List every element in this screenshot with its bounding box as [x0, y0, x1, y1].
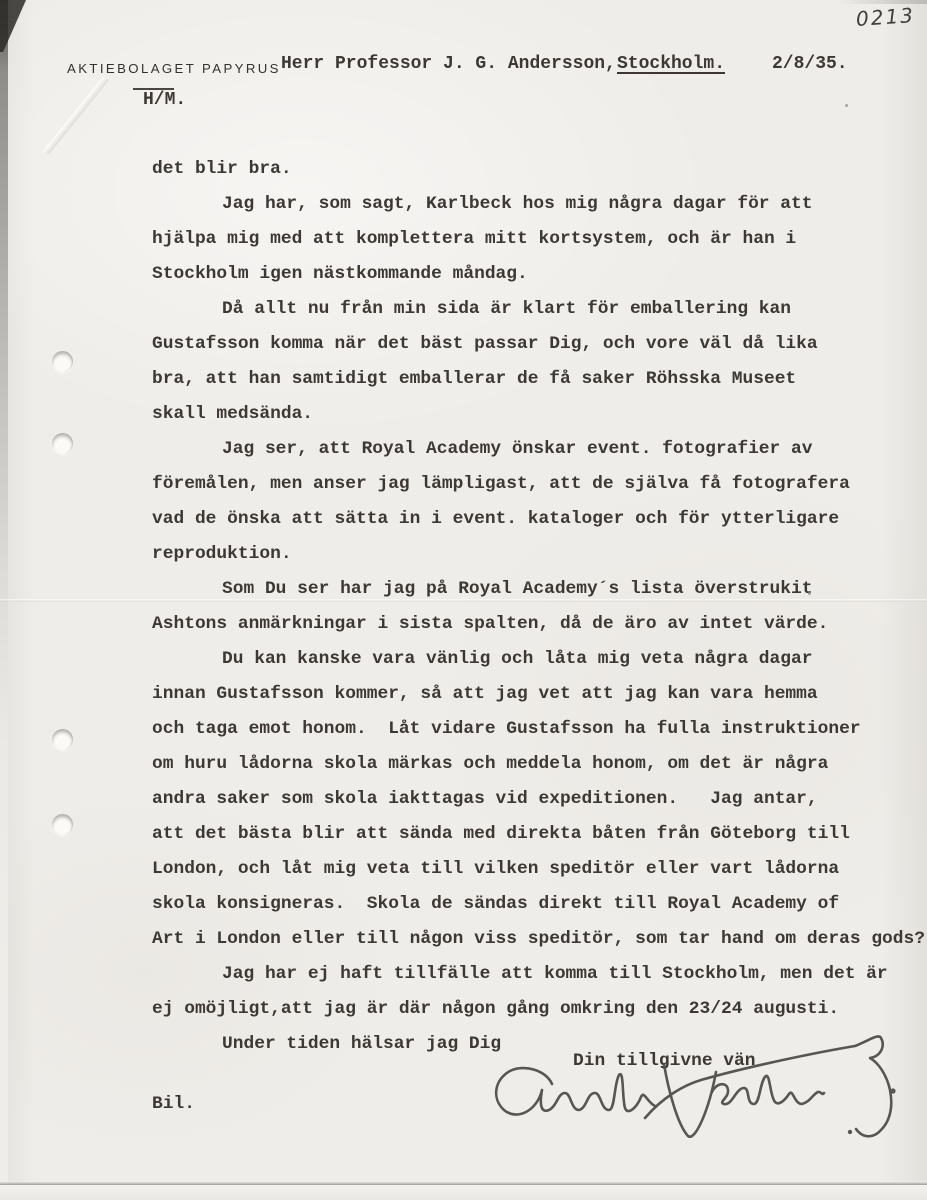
handwritten-signature — [488, 1028, 915, 1153]
letter-line: Då allt nu från min sida är klart för em… — [152, 292, 927, 327]
punch-hole — [52, 729, 73, 750]
handwritten-page-number: 0213 — [855, 3, 915, 31]
letter-body: det blir bra.Jag har, som sagt, Karlbeck… — [152, 152, 927, 1062]
letterhead-company: Aktiebolaget Papyrus — [67, 61, 281, 76]
signature-stroke — [712, 1076, 824, 1104]
signature-dot — [890, 1088, 895, 1093]
letter-date: 2/8/35. — [772, 54, 848, 74]
letter-line: vad de önska att sätta in i event. katal… — [152, 502, 927, 537]
letter-line: Jag har, som sagt, Karlbeck hos mig någr… — [152, 187, 927, 222]
letter-line: att det bästa blir att sända med direkta… — [152, 817, 927, 852]
enclosure-note: Bil. — [152, 1094, 195, 1114]
letter-line: ej omöjligt,att jag är där någon gång om… — [152, 992, 927, 1027]
letter-line: Jag har ej haft tillfälle att komma till… — [152, 957, 927, 992]
letter-line: andra saker som skola iakttagas vid expe… — [152, 782, 927, 817]
punch-hole — [52, 814, 73, 835]
recipient-line: Herr Professor J. G. Andersson, — [281, 54, 616, 74]
scan-bottom-strip — [0, 1185, 927, 1200]
reference-initials: H/M. — [143, 90, 186, 110]
letter-line: Art i London eller till någon viss spedi… — [152, 922, 927, 957]
letter-line: bra, att han samtidigt emballerar de få … — [152, 362, 927, 397]
recipient-city: Stockholm. — [617, 54, 725, 74]
signature-stroke — [645, 1036, 891, 1136]
letter-line: föremålen, men anser jag lämpligast, att… — [152, 467, 927, 502]
letter-line: om huru lådorna skola märkas och meddela… — [152, 747, 927, 782]
letter-line: Ashtons anmärkningar i sista spalten, då… — [152, 607, 927, 642]
signature-stroke — [664, 1064, 716, 1137]
letter-line: och taga emot honom. Låt vidare Gustafss… — [152, 712, 927, 747]
letter-line: Du kan kanske vara vänlig och låta mig v… — [152, 642, 927, 677]
letter-line: Som Du ser har jag på Royal Academy´s li… — [152, 572, 927, 607]
letter-line: det blir bra. — [152, 152, 927, 187]
paper-speck — [845, 104, 848, 107]
letter-line: hjälpa mig med att komplettera mitt kort… — [152, 222, 927, 257]
paper-speck — [808, 592, 811, 595]
signature-stroke — [496, 1068, 655, 1114]
letter-line: reproduktion. — [152, 537, 927, 572]
letter-line: Jag ser, att Royal Academy önskar event.… — [152, 432, 927, 467]
letter-line: skall medsända. — [152, 397, 927, 432]
punch-hole — [52, 433, 73, 454]
scanned-letter-page: 0213 Aktiebolaget Papyrus H/M. Herr Prof… — [0, 0, 927, 1200]
letter-line: Stockholm igen nästkommande måndag. — [152, 257, 927, 292]
letter-line: innan Gustafsson kommer, så att jag vet … — [152, 677, 927, 712]
punch-hole — [52, 351, 73, 372]
signature-dot — [848, 1130, 852, 1134]
letter-line: London, och låt mig veta till vilken spe… — [152, 852, 927, 887]
letter-line: Gustafsson komma när det bäst passar Dig… — [152, 327, 927, 362]
letter-line: skola konsigneras. Skola de sändas direk… — [152, 887, 927, 922]
